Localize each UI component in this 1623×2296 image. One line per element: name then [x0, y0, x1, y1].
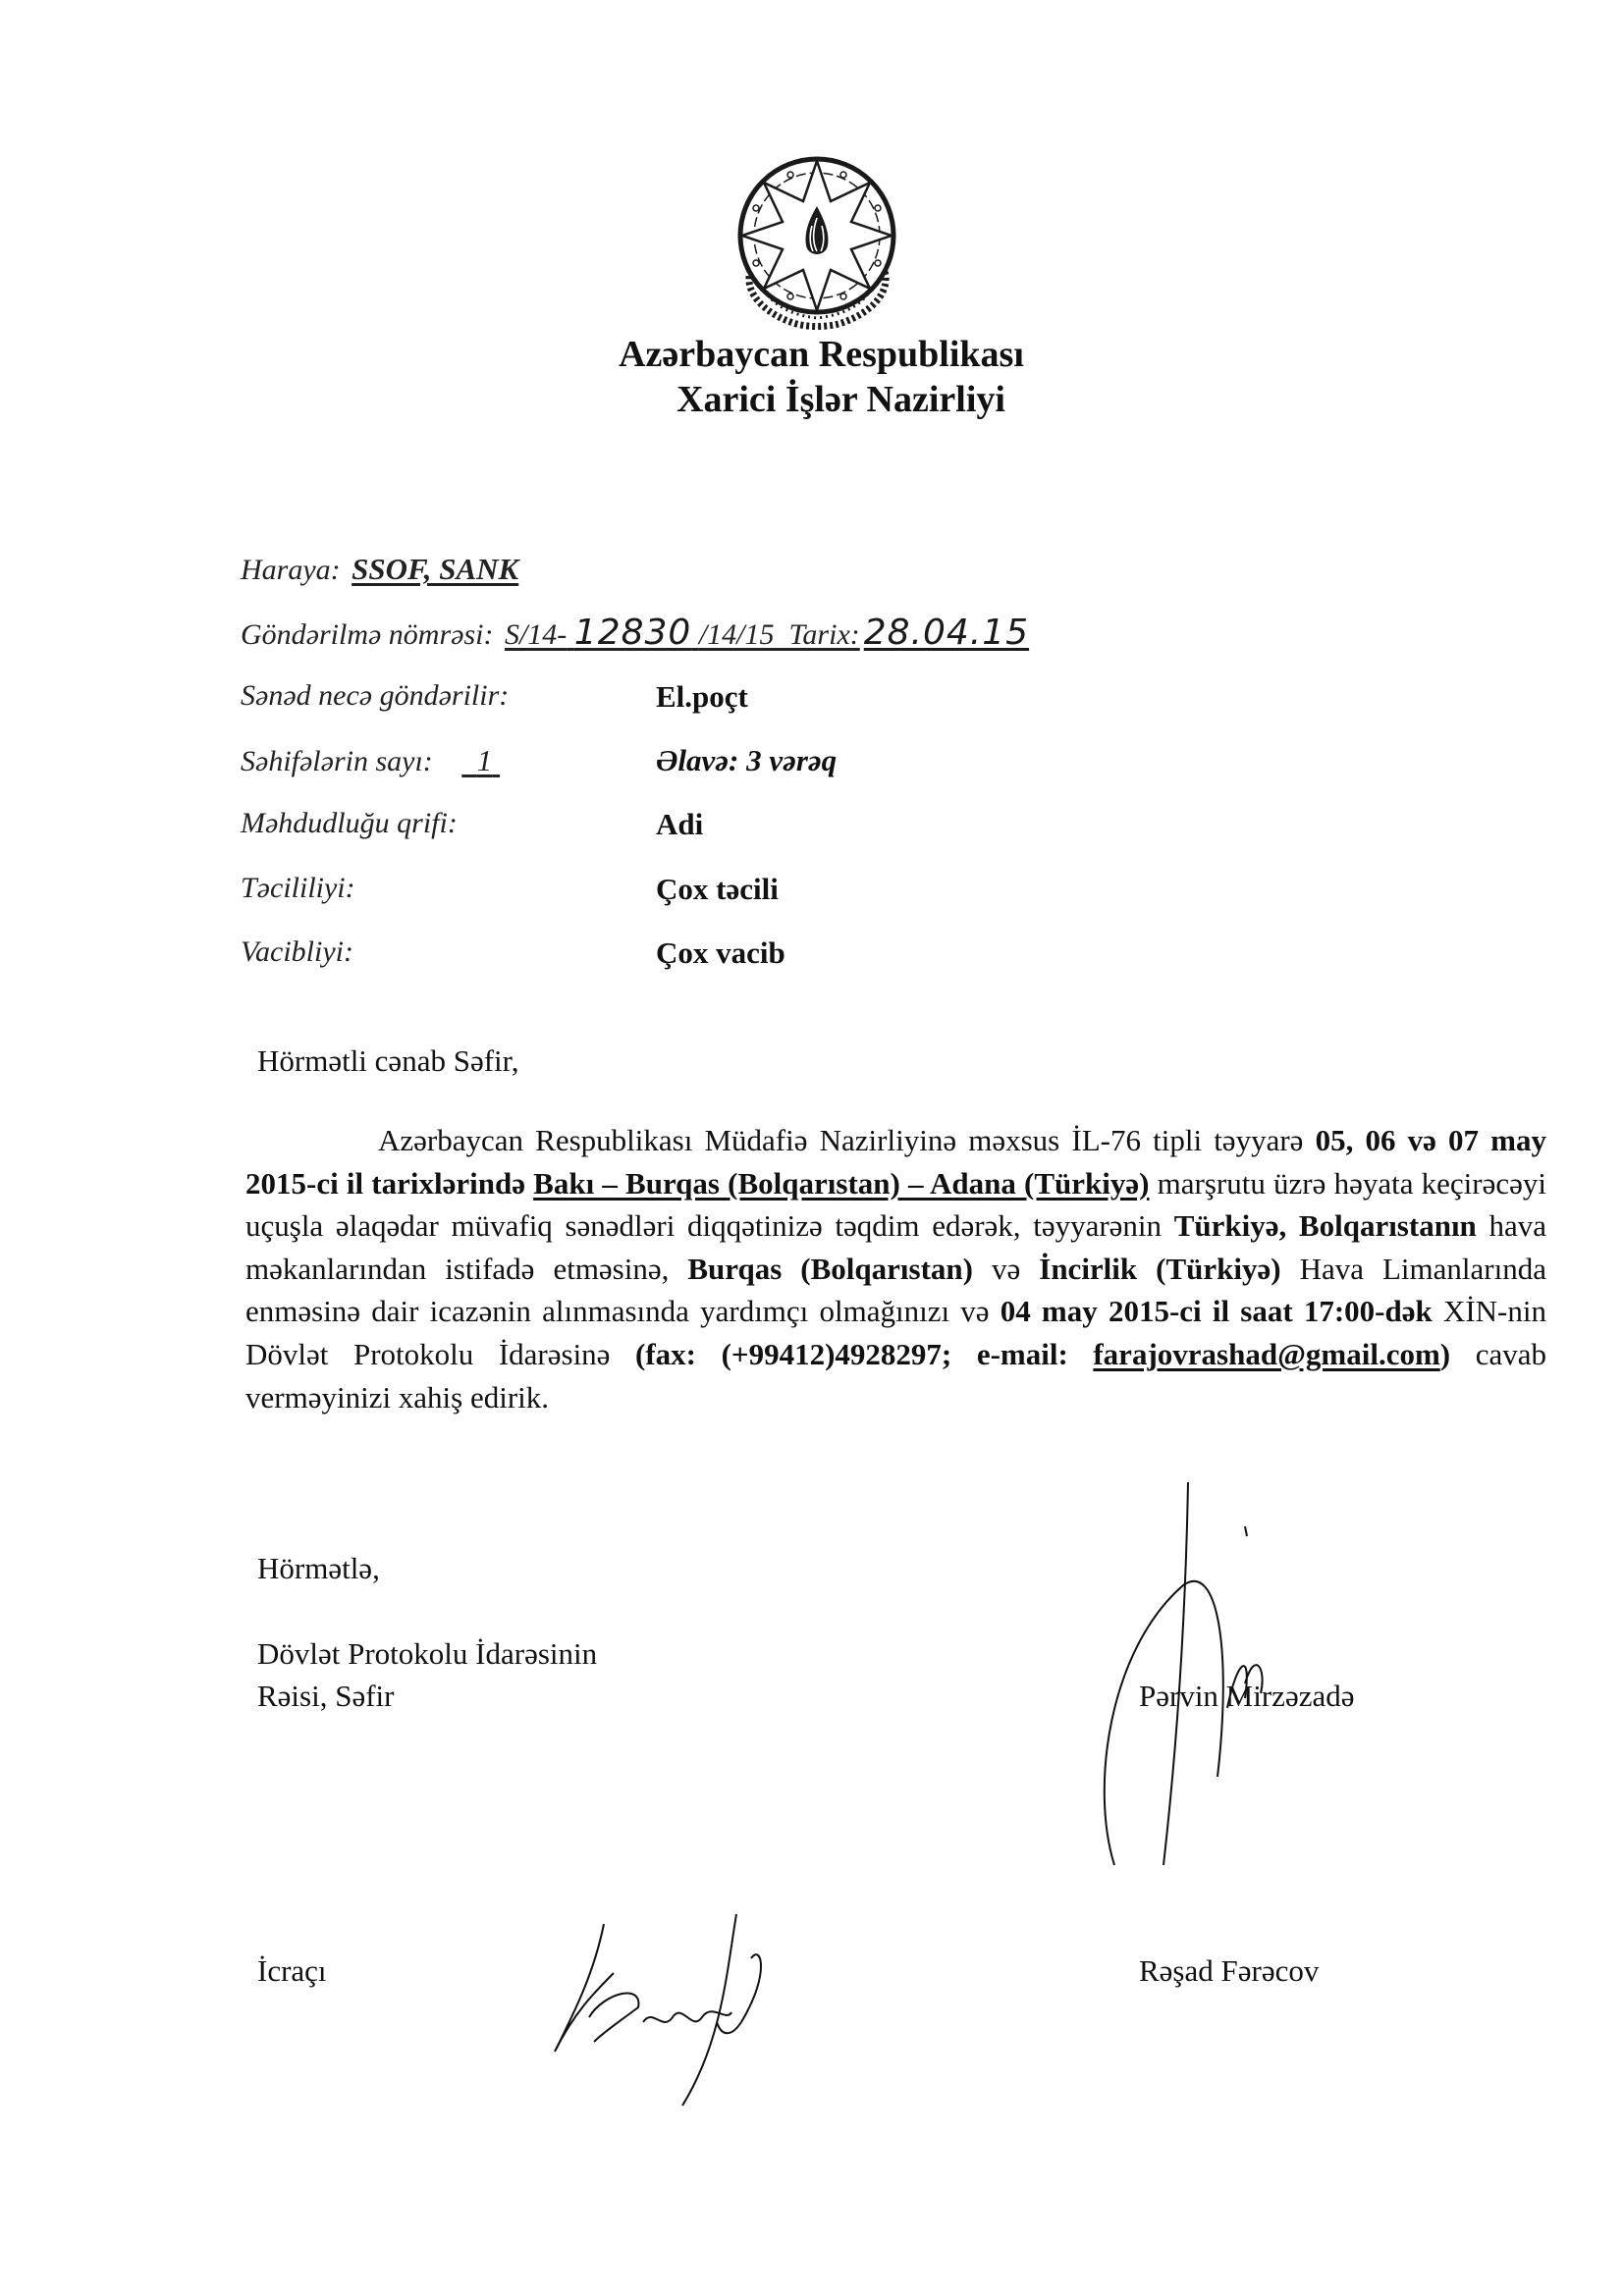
- email-link[interactable]: farajovrashad@gmail.com: [1093, 1337, 1439, 1371]
- signer-title-line2: Rəisi, Səfir: [257, 1679, 395, 1714]
- state-emblem-icon: [731, 147, 903, 334]
- executor-name: Rəşad Fərəcov: [1139, 1953, 1319, 1989]
- pages-label: Səhifələrin sayı:: [241, 745, 433, 777]
- pages-row: Səhifələrin sayı: 1: [241, 743, 500, 778]
- importance-label: Vacibliyi:: [241, 935, 353, 969]
- letter-body: Azərbaycan Respublikası Müdafiə Nazirliy…: [245, 1119, 1546, 1418]
- method-label: Sənəd necə göndərilir:: [241, 679, 509, 713]
- org-name: Azərbaycan Respublikası: [0, 332, 1623, 377]
- date-label: Tarix:: [789, 618, 860, 651]
- pages-value: 1: [461, 743, 500, 777]
- recipient-value: SSOF, SANK: [352, 552, 518, 586]
- signer-title-line1: Dövlət Protokolu İdarəsinin: [257, 1636, 597, 1672]
- flight-route: Bakı – Burqas (Bolqarıstan) – Adana (Tür…: [533, 1166, 1149, 1201]
- recipient-row: Haraya: SSOF, SANK: [241, 552, 518, 587]
- number-prefix: S/14-: [505, 618, 567, 651]
- date-handwritten: 28.04.15: [864, 613, 1029, 653]
- number-label: Göndərilmə nömrəsi:: [241, 618, 493, 651]
- attachment-value: Əlavə: 3 vərəq: [656, 743, 837, 778]
- urgency-label: Təcililiyi:: [241, 872, 355, 905]
- number-suffix: /14/15: [699, 618, 775, 651]
- greeting: Hörmətli cənab Səfir,: [257, 1043, 518, 1079]
- number-row: Göndərilmə nömrəsi: S/14- 12830 /14/15 T…: [241, 613, 1029, 653]
- number-value: S/14- 12830 /14/15 Tarix:: [505, 618, 860, 651]
- method-value: El.poçt: [656, 679, 748, 715]
- signature-icon: [1070, 1472, 1365, 1885]
- importance-value: Çox vacib: [656, 935, 785, 971]
- recipient-label: Haraya:: [241, 554, 341, 586]
- ministry-name: Xarici İşlər Nazirliyi: [0, 377, 1623, 422]
- executor-signature-icon: [535, 1875, 849, 2110]
- executor-label: İcraçı: [257, 1953, 327, 1989]
- number-handwritten: 12830: [574, 613, 692, 653]
- restriction-value: Adi: [656, 807, 703, 842]
- urgency-value: Çox təcili: [656, 872, 779, 907]
- restriction-label: Məhdudluğu qrifi:: [241, 807, 458, 840]
- regards: Hörmətlə,: [257, 1551, 380, 1586]
